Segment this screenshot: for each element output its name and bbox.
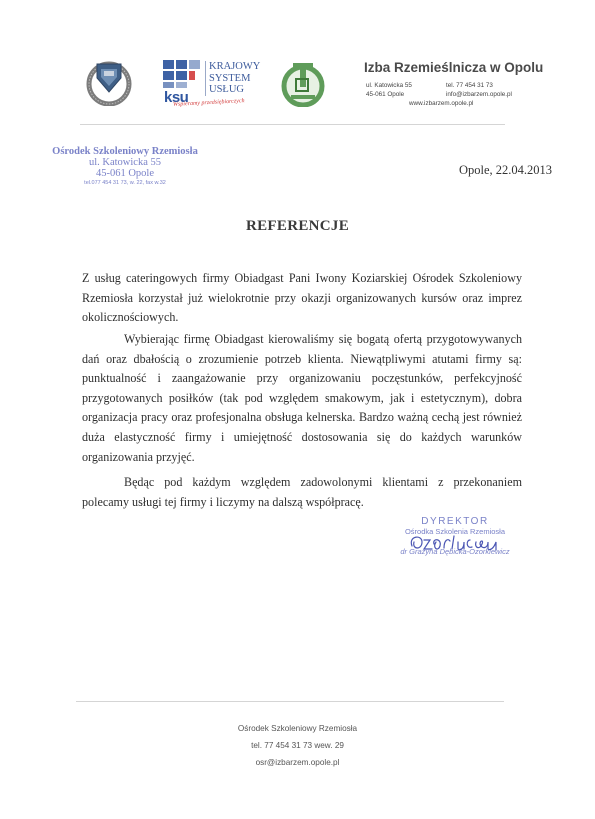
org-website[interactable]: www.izbarzem.opole.pl bbox=[409, 99, 473, 108]
rzemioslo-icon bbox=[281, 61, 325, 107]
org-address: ul. Katowicka 55 45-061 Opole bbox=[366, 81, 412, 99]
stamp-name: Ośrodek Szkoleniowy Rzemiosła bbox=[40, 146, 210, 157]
paragraph-2: Wybierając firmę Obiadgast kierowaliśmy … bbox=[82, 330, 522, 467]
footer-email[interactable]: osr@izbarzem.opole.pl bbox=[0, 754, 595, 771]
sender-stamp: Ośrodek Szkoleniowy Rzemiosła ul. Katowi… bbox=[40, 146, 210, 186]
stamp-street: ul. Katowicka 55 bbox=[40, 157, 210, 168]
footer: Ośrodek Szkoleniowy Rzemiosła tel. 77 45… bbox=[0, 720, 595, 771]
org-contact: tel. 77 454 31 73 info@izbarzem.opole.pl bbox=[446, 81, 512, 99]
paragraph-1: Z usług cateringowych firmy Obiadgast Pa… bbox=[82, 269, 522, 328]
ksu-line-2: SYSTEM bbox=[209, 73, 260, 85]
address-city: 45-061 Opole bbox=[366, 90, 412, 99]
org-name: Izba Rzemieślnicza w Opolu bbox=[364, 60, 543, 75]
org-email[interactable]: info@izbarzem.opole.pl bbox=[446, 90, 512, 99]
signature-role: DYREKTOR bbox=[380, 516, 530, 527]
document-title: REFERENCJE bbox=[0, 218, 595, 235]
emblem-icon bbox=[86, 60, 132, 106]
place-date: Opole, 22.04.2013 bbox=[459, 163, 552, 178]
ksu-line-3: USŁUG bbox=[209, 84, 260, 96]
stamp-city: 45-061 Opole bbox=[40, 168, 210, 179]
rzemioslo-emblem bbox=[281, 61, 325, 107]
ksu-grid-icon bbox=[163, 60, 201, 90]
ksu-line-1: KRAJOWY bbox=[209, 61, 260, 73]
paragraph-3: Będąc pod każdym względem zadowolonymi k… bbox=[82, 473, 522, 512]
signature-block: DYREKTOR Ośrodka Szkolenia Rzemiosła dr … bbox=[380, 516, 530, 556]
org-phone: tel. 77 454 31 73 bbox=[446, 81, 512, 90]
ksu-name: KRAJOWY SYSTEM USŁUG bbox=[205, 61, 260, 96]
ksu-logo: ksu KRAJOWY SYSTEM USŁUG Wspieramy przed… bbox=[163, 60, 263, 108]
footer-divider bbox=[76, 701, 504, 702]
footer-org: Ośrodek Szkoleniowy Rzemiosła bbox=[0, 720, 595, 737]
stamp-contact: tel.077 454 31 73, w. 22, fax w.32 bbox=[40, 180, 210, 186]
address-street: ul. Katowicka 55 bbox=[366, 81, 412, 90]
header-divider bbox=[80, 124, 505, 125]
handwritten-signature-icon bbox=[408, 532, 508, 554]
footer-phone: tel. 77 454 31 73 wew. 29 bbox=[0, 737, 595, 754]
craft-guild-emblem bbox=[86, 60, 132, 106]
